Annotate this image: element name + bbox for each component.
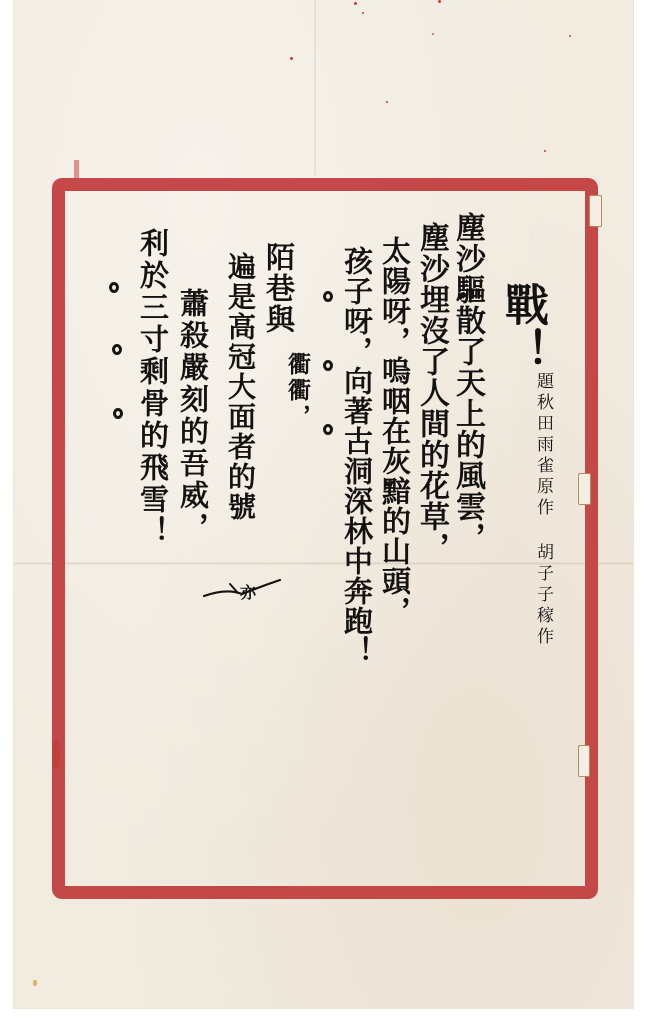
circle-mark xyxy=(323,360,333,371)
frame-tear xyxy=(578,745,590,777)
red-speck xyxy=(386,101,388,103)
frame-tear xyxy=(578,473,591,505)
red-speck xyxy=(569,35,571,37)
red-speck xyxy=(438,0,441,3)
poem-line-6: 遍是高冠大面者的號 xyxy=(226,252,254,522)
red-speck xyxy=(354,2,357,5)
paper-stain xyxy=(33,980,37,986)
circle-mark xyxy=(109,282,119,293)
frame-tear xyxy=(589,195,602,227)
poem-line-2: 塵沙埋沒了人間的花草， xyxy=(416,222,446,563)
poem-title: 戰！ xyxy=(500,282,544,374)
poem-line-1: 塵沙驅散了天上的風雲， xyxy=(452,212,482,553)
poem-line-5: 陌巷與 xyxy=(264,242,293,335)
poem-line-8: 利於三寸剩骨的飛雪！ xyxy=(138,228,167,548)
inserted-character: 亦 xyxy=(240,580,256,603)
circle-mark xyxy=(113,408,123,419)
poem-line-4: 孩子呀，向著古洞深林中奔跑！ xyxy=(342,246,371,666)
vertical-fold-line xyxy=(314,0,316,175)
poem-line-7: 蕭殺嚴刻的吾威， xyxy=(178,288,207,544)
circle-mark xyxy=(323,424,333,435)
red-speck xyxy=(432,33,434,35)
red-speck xyxy=(544,150,546,152)
poem-attribution: 題秋田雨雀原作 胡子子稼作 xyxy=(534,372,551,648)
circle-mark xyxy=(323,291,333,302)
poem-line-5-insert: 衢衢， xyxy=(286,352,309,430)
frame-corner-mark xyxy=(74,160,79,178)
red-speck xyxy=(362,12,364,14)
poem-line-3: 太陽呀，嗚咽在灰黯的山頭， xyxy=(380,236,409,626)
circle-mark xyxy=(112,344,122,355)
red-speck xyxy=(290,57,293,60)
